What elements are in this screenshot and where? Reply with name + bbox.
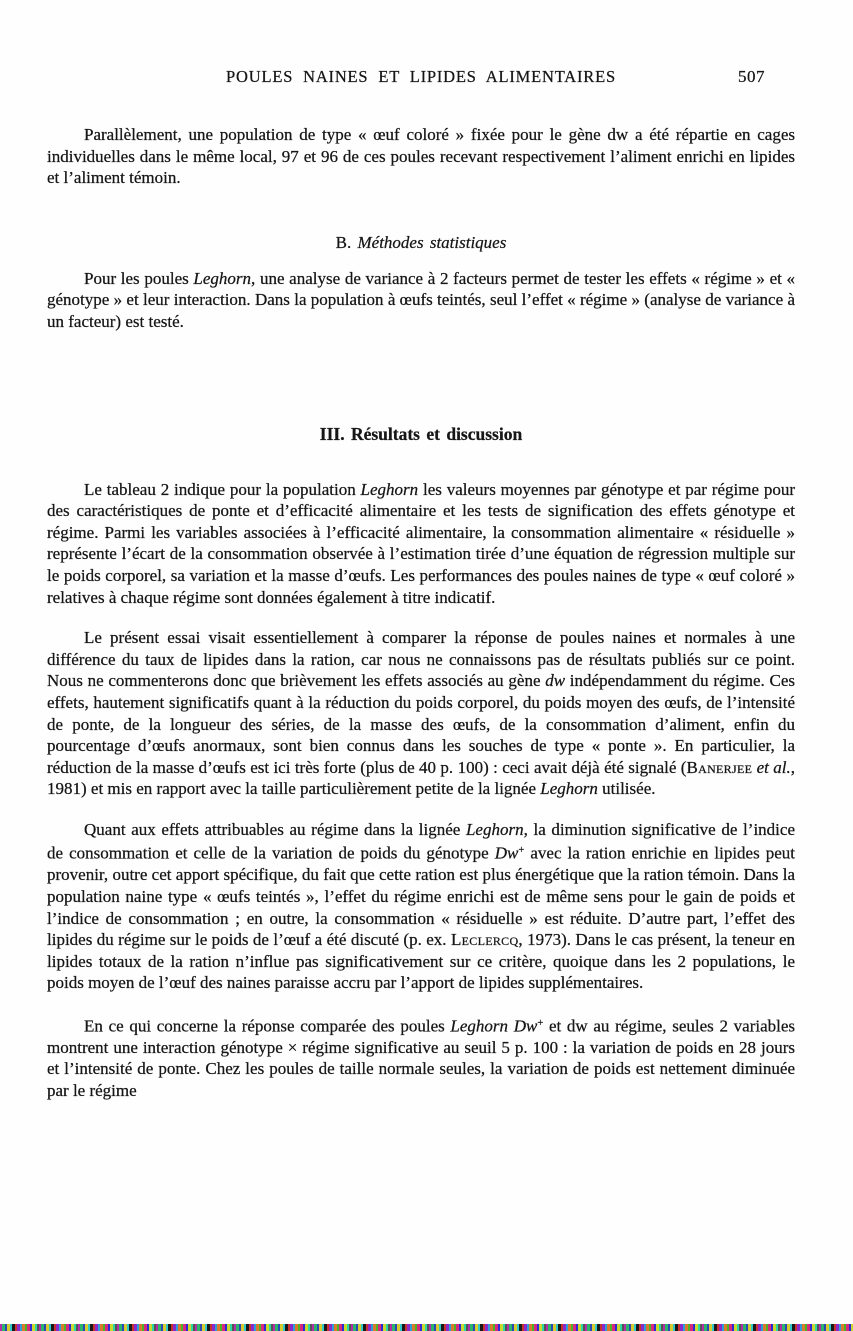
paragraph-effets-regime-leghorn: Quant aux effets attribuables au régime … bbox=[47, 819, 795, 994]
scan-noise-strip bbox=[0, 1324, 853, 1331]
section-heading-resultats-discussion: III. Résultats et discussion bbox=[47, 423, 795, 445]
document-page: POULES NAINES ET LIPIDES ALIMENTAIRES 50… bbox=[0, 0, 853, 1331]
paragraph-present-essai: Le présent essai visait essentiellement … bbox=[47, 627, 795, 800]
running-head: POULES NAINES ET LIPIDES ALIMENTAIRES 50… bbox=[47, 66, 795, 88]
section-heading-methodes-statistiques: B. Méthodes statistiques bbox=[47, 232, 795, 254]
article-body: Parallèlement, une population de type « … bbox=[47, 124, 795, 1102]
paragraph-analyse-de-variance: Pour les poules Leghorn, une analyse de … bbox=[47, 268, 795, 333]
page-number: 507 bbox=[738, 66, 765, 88]
paragraph-reponse-comparee: En ce qui concerne la réponse comparée d… bbox=[47, 1013, 795, 1102]
paragraph-tableau-2: Le tableau 2 indique pour la population … bbox=[47, 479, 795, 609]
running-head-title: POULES NAINES ET LIPIDES ALIMENTAIRES bbox=[47, 66, 795, 88]
paragraph-population-oeuf-colore: Parallèlement, une population de type « … bbox=[47, 124, 795, 189]
